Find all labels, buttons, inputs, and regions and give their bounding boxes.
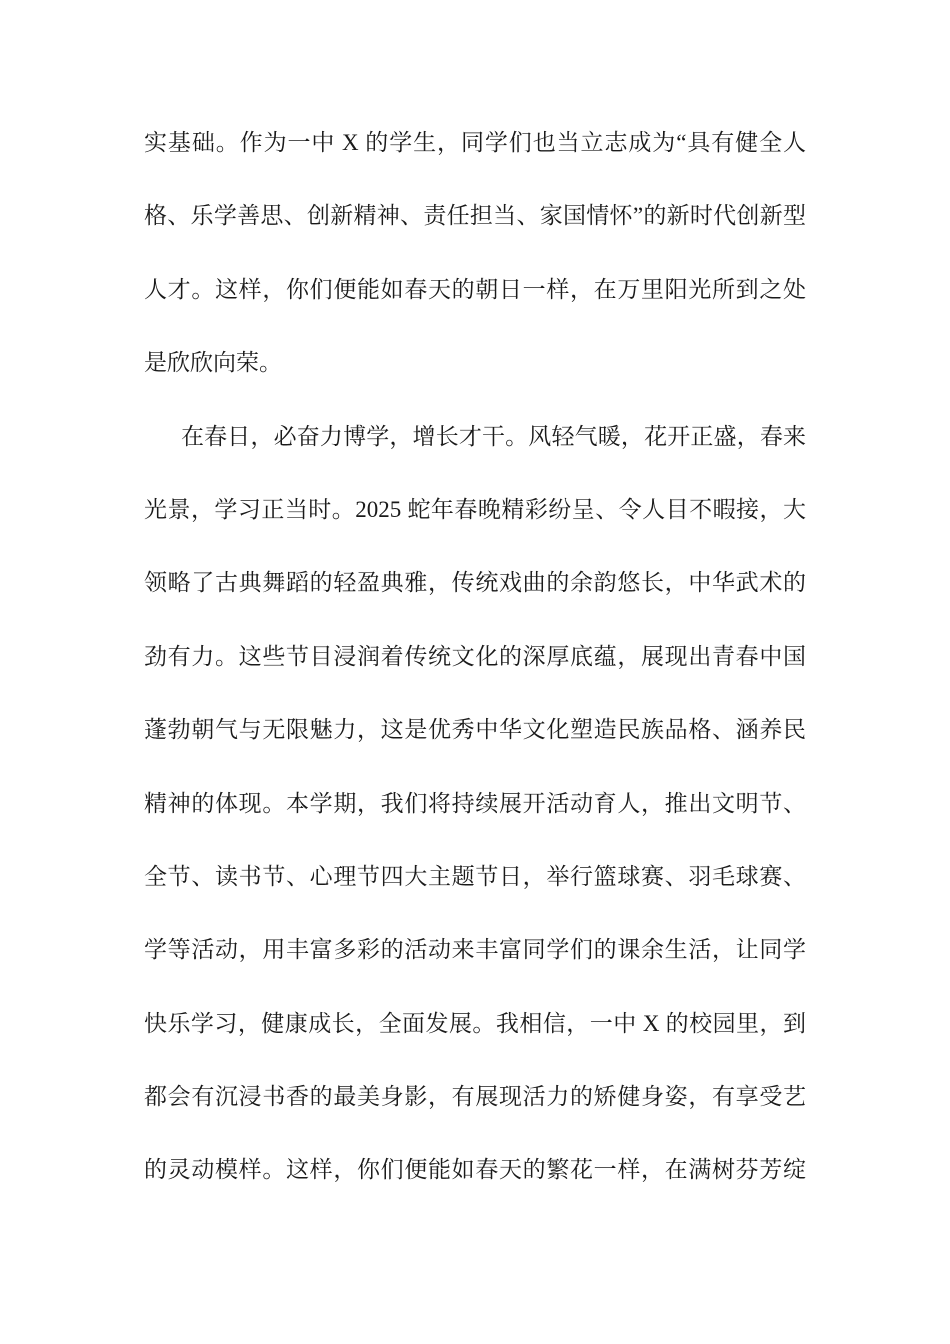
text-line: 实基础。作为一中 X 的学生，同学们也当立志成为“具有健全人 [144,106,806,179]
text-line: 精神的体现。本学期，我们将持续展开活动育人，推出文明节、安 [144,767,806,840]
text-line: 学等活动，用丰富多彩的活动来丰富同学们的课余生活，让同学们 [144,913,806,986]
text-line: 快乐学习，健康成长，全面发展。我相信，一中 X 的校园里，到处 [144,987,806,1060]
document-text-area: 实基础。作为一中 X 的学生，同学们也当立志成为“具有健全人格、乐学善思、创新精… [144,106,806,1207]
text-line: 的灵动模样。这样，你们便能如春天的繁花一样，在满树芬芳绽放 [144,1133,806,1206]
text-line: 全节、读书节、心理节四大主题节日，举行篮球赛、羽毛球赛、研 [144,840,806,913]
text-line: 都会有沉浸书香的最美身影，有展现活力的矫健身姿，有享受艺术 [144,1060,806,1133]
text-line: 领略了古典舞蹈的轻盈典雅，传统戏曲的余韵悠长，中华武术的刚 [144,546,806,619]
text-line: 人才。这样，你们便能如春天的朝日一样，在万里阳光所到之处皆 [144,253,806,326]
text-line: 光景，学习正当时。2025 蛇年春晚精彩纷呈、令人目不暇接，大家 [144,473,806,546]
text-line: 在春日，必奋力博学，增长才干。风轻气暖，花开正盛，春来好 [144,400,806,473]
text-line: 蓬勃朝气与无限魅力，这是优秀中华文化塑造民族品格、涵养民族 [144,693,806,766]
document-page: 实基础。作为一中 X 的学生，同学们也当立志成为“具有健全人格、乐学善思、创新精… [0,0,950,1344]
text-line: 劲有力。这些节目浸润着传统文化的深厚底蕴，展现出青春中国的 [144,620,806,693]
text-line: 是欣欣向荣。 [144,326,806,399]
text-line: 格、乐学善思、创新精神、责任担当、家国情怀”的新时代创新型 [144,179,806,252]
